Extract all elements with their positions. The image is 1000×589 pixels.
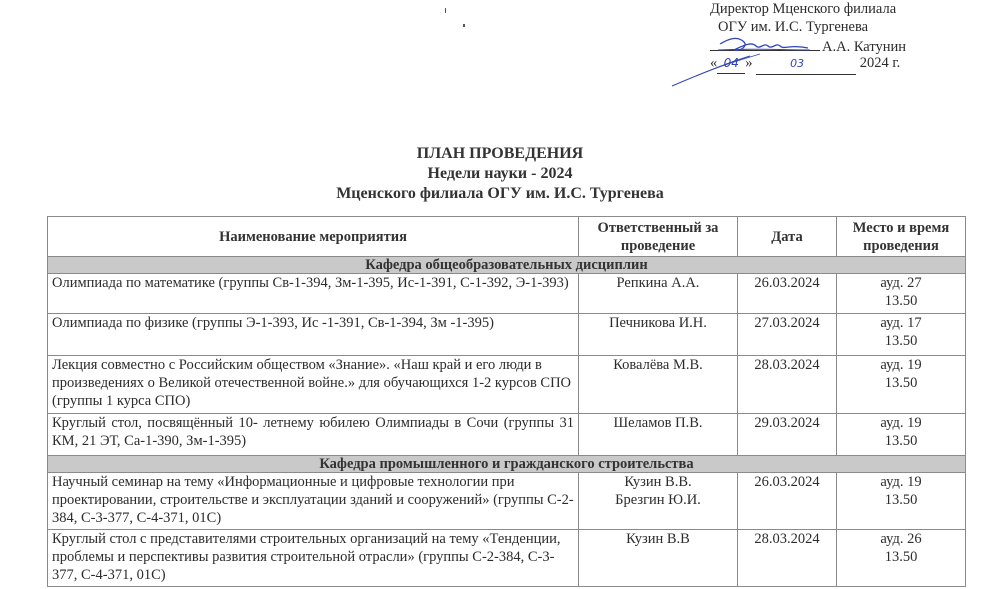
section-row: Кафедра общеобразовательных дисциплин xyxy=(48,257,966,274)
table-row: Круглый стол с представителями строитель… xyxy=(48,530,966,587)
cell-event: Олимпиада по математике (группы Св-1-394… xyxy=(48,274,579,314)
cell-event: Круглый стол с представителями строитель… xyxy=(48,530,579,587)
cell-place-time: ауд. 17 13.50 xyxy=(837,314,966,356)
table-row: Лекция совместно с Российским обществом … xyxy=(48,356,966,414)
table-header-row: Наименование мероприятия Ответственный з… xyxy=(48,217,966,257)
cell-responsible: Печникова И.Н. xyxy=(579,314,738,356)
time: 13.50 xyxy=(841,332,961,350)
cell-event: Научный семинар на тему «Информационные … xyxy=(48,473,579,530)
cell-date: 28.03.2024 xyxy=(738,530,837,587)
table-row: Научный семинар на тему «Информационные … xyxy=(48,473,966,530)
section-title: Кафедра промышленного и гражданского стр… xyxy=(48,456,966,473)
cell-event: Лекция совместно с Российским обществом … xyxy=(48,356,579,414)
header-responsible: Ответственный за проведение xyxy=(579,217,738,257)
signature-underline xyxy=(710,36,820,51)
time: 13.50 xyxy=(841,292,961,310)
cell-place-time: ауд. 19 13.50 xyxy=(837,473,966,530)
cell-place-time: ауд. 19 13.50 xyxy=(837,356,966,414)
cell-responsible: Кузин В.В xyxy=(579,530,738,587)
title-line-2: Недели науки - 2024 xyxy=(0,164,1000,184)
table-row: Олимпиада по математике (группы Св-1-394… xyxy=(48,274,966,314)
header-date: Дата xyxy=(738,217,837,257)
title-line-3: Мценского филиала ОГУ им. И.С. Тургенева xyxy=(0,184,1000,204)
approval-date-day: 04 xyxy=(717,54,745,74)
cell-date: 29.03.2024 xyxy=(738,414,837,456)
place: ауд. 27 xyxy=(841,274,961,292)
place: ауд. 19 xyxy=(841,414,961,432)
cell-responsible: Репкина А.А. xyxy=(579,274,738,314)
section-title: Кафедра общеобразовательных дисциплин xyxy=(48,257,966,274)
scan-speck xyxy=(463,24,465,27)
approval-date-year: 2024 г. xyxy=(860,55,901,71)
scan-speck xyxy=(445,8,446,13)
section-row: Кафедра промышленного и гражданского стр… xyxy=(48,456,966,473)
place: ауд. 17 xyxy=(841,314,961,332)
cell-date: 27.03.2024 xyxy=(738,314,837,356)
document-title: ПЛАН ПРОВЕДЕНИЯ Недели науки - 2024 Мцен… xyxy=(0,144,1000,204)
place: ауд. 26 xyxy=(841,530,961,548)
approval-position: Директор Мценского филиала xyxy=(710,0,896,19)
approval-signatory: А.А. Катунин xyxy=(822,39,906,55)
cell-date: 26.03.2024 xyxy=(738,274,837,314)
date-close-quote: » xyxy=(745,55,752,71)
table-row: Олимпиада по физике (группы Э-1-393, Ис … xyxy=(48,314,966,356)
time: 13.50 xyxy=(841,548,961,566)
cell-date: 26.03.2024 xyxy=(738,473,837,530)
cell-responsible: Шеламов П.В. xyxy=(579,414,738,456)
time: 13.50 xyxy=(841,432,961,450)
title-line-1: ПЛАН ПРОВЕДЕНИЯ xyxy=(0,144,1000,164)
table-row: Круглый стол, посвящённый 10- летнему юб… xyxy=(48,414,966,456)
cell-responsible: Ковалёва М.В. xyxy=(579,356,738,414)
events-table: Наименование мероприятия Ответственный з… xyxy=(47,216,966,587)
cell-responsible: Кузин В.В. Брезгин Ю.И. xyxy=(579,473,738,530)
place: ауд. 19 xyxy=(841,473,961,491)
cell-date: 28.03.2024 xyxy=(738,356,837,414)
responsible-2: Брезгин Ю.И. xyxy=(583,491,733,509)
approval-date-month: 03 xyxy=(756,55,856,75)
cell-event: Олимпиада по физике (группы Э-1-393, Ис … xyxy=(48,314,579,356)
cell-event: Круглый стол, посвящённый 10- летнему юб… xyxy=(48,414,579,456)
place: ауд. 19 xyxy=(841,356,961,374)
date-open-quote: « xyxy=(710,55,717,71)
cell-place-time: ауд. 27 13.50 xyxy=(837,274,966,314)
cell-place-time: ауд. 19 13.50 xyxy=(837,414,966,456)
cell-place-time: ауд. 26 13.50 xyxy=(837,530,966,587)
approval-date: «04» 03 2024 г. xyxy=(710,54,900,75)
header-place-time: Место и время проведения xyxy=(837,217,966,257)
responsible-1: Кузин В.В. xyxy=(583,473,733,491)
time: 13.50 xyxy=(841,491,961,509)
header-event: Наименование мероприятия xyxy=(48,217,579,257)
approval-organization: ОГУ им. И.С. Тургенева xyxy=(718,18,868,37)
time: 13.50 xyxy=(841,374,961,392)
